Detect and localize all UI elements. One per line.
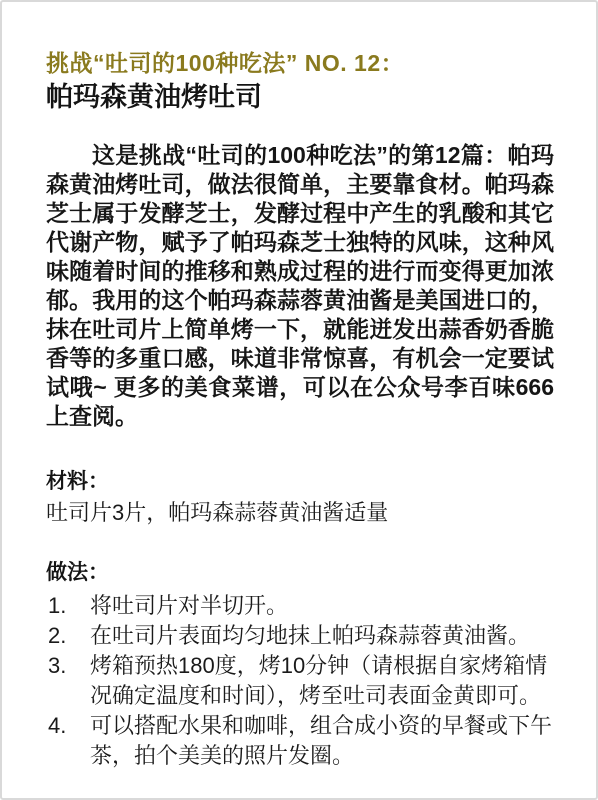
method-step-4: 可以搭配水果和咖啡，组合成小资的早餐或下午茶，拍个美美的照片发圈。 <box>46 711 554 771</box>
method-steps-list: 将吐司片对半切开。 在吐司片表面均匀地抹上帕玛森蒜蓉黄油酱。 烤箱预热180度，… <box>46 591 554 771</box>
materials-content: 吐司片3片，帕玛森蒜蓉黄油酱适量 <box>46 498 554 527</box>
intro-paragraph: 这是挑战“吐司的100种吃法”的第12篇：帕玛森黄油烤吐司，做法很简单，主要靠食… <box>46 141 554 431</box>
method-step-1: 将吐司片对半切开。 <box>46 591 554 621</box>
method-section: 做法： 将吐司片对半切开。 在吐司片表面均匀地抹上帕玛森蒜蓉黄油酱。 烤箱预热1… <box>46 559 554 771</box>
recipe-header: 挑战“吐司的100种吃法” NO. 12： 帕玛森黄油烤吐司 <box>46 48 554 114</box>
materials-section: 材料： 吐司片3片，帕玛森蒜蓉黄油酱适量 <box>46 468 554 527</box>
method-step-2: 在吐司片表面均匀地抹上帕玛森蒜蓉黄油酱。 <box>46 621 554 651</box>
method-step-3: 烤箱预热180度，烤10分钟（请根据自家烤箱情况确定温度和时间），烤至吐司表面金… <box>46 651 554 711</box>
recipe-document-page: 挑战“吐司的100种吃法” NO. 12： 帕玛森黄油烤吐司 这是挑战“吐司的1… <box>0 0 598 800</box>
series-title: 挑战“吐司的100种吃法” NO. 12： <box>46 48 554 79</box>
recipe-title: 帕玛森黄油烤吐司 <box>46 81 554 114</box>
method-heading: 做法： <box>46 559 554 587</box>
materials-heading: 材料： <box>46 468 554 496</box>
